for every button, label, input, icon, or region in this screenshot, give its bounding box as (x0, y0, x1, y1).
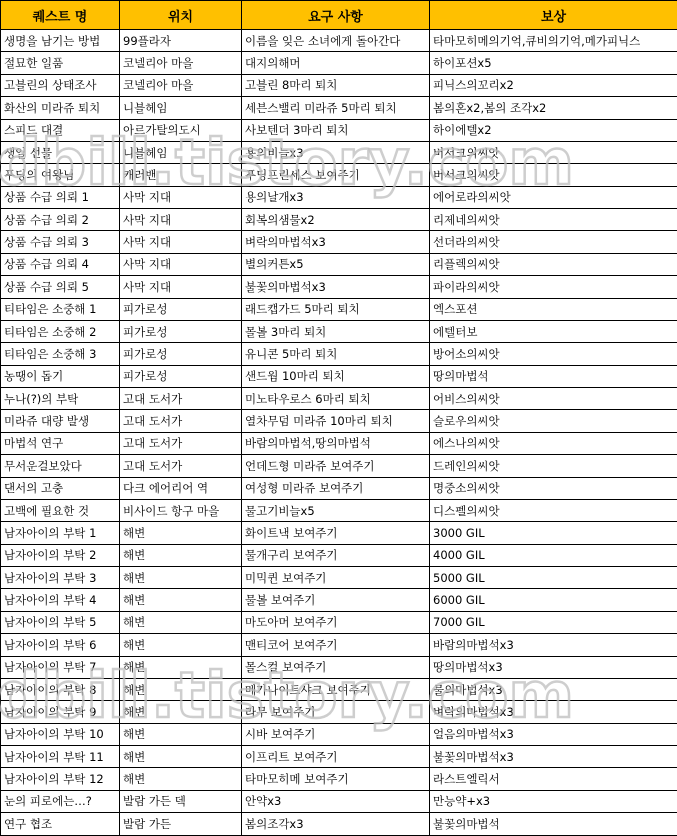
quest-name-cell: 남자아이의 부탁 8 (1, 678, 120, 700)
header-row: 퀘스트 명 위치 요구 사항 보상 (1, 1, 677, 30)
reward-cell: 땅의마법석 (430, 365, 677, 387)
quest-name-cell: 상품 수급 의뢰 5 (1, 276, 120, 298)
reward-cell: 5000 GIL (430, 567, 677, 589)
table-row: 상품 수급 의뢰 5사막 지대불꽃의마법석x3파이라의씨앗 (1, 276, 677, 298)
quest-name-cell: 남자아이의 부탁 9 (1, 701, 120, 723)
quest-name-cell: 스피드 대결 (1, 119, 120, 141)
quest-name-cell: 생명을 남기는 방법 (1, 30, 120, 52)
table-row: 남자아이의 부탁 8해변메가나이트샤크 보여주기물의마법석x3 (1, 678, 677, 700)
reward-cell: 드레인의씨앗 (430, 455, 677, 477)
requirement-cell: 맨티코어 보여주기 (242, 634, 430, 656)
table-row: 티타임은 소중해 1피가로성래드캡가드 5마리 퇴치엑스포션 (1, 298, 677, 320)
quest-name-cell: 상품 수급 의뢰 4 (1, 253, 120, 275)
reward-cell: 7000 GIL (430, 611, 677, 633)
quest-name-cell: 남자아이의 부탁 3 (1, 567, 120, 589)
table-row: 농땡이 돕기피가로성샌드웜 10마리 퇴치땅의마법석 (1, 365, 677, 387)
requirement-cell: 이름을 잊은 소녀에게 돌아간다 (242, 30, 430, 52)
quest-name-cell: 남자아이의 부탁 10 (1, 723, 120, 745)
quest-name-cell: 남자아이의 부탁 5 (1, 611, 120, 633)
quest-name-cell: 연구 협조 (1, 813, 120, 836)
quest-name-cell: 상품 수급 의뢰 2 (1, 209, 120, 231)
reward-cell: 땅의마법석x3 (430, 656, 677, 678)
reward-cell: 3000 GIL (430, 522, 677, 544)
table-row: 티타임은 소중해 2피가로성몰볼 3마리 퇴치에텔터보 (1, 320, 677, 342)
table-row: 절묘한 일품코넬리아 마을대지의해머하이포션x5 (1, 52, 677, 74)
quest-name-cell: 고블린의 상태조사 (1, 74, 120, 96)
location-cell: 해변 (120, 611, 242, 633)
quest-name-cell: 남자아이의 부탁 6 (1, 634, 120, 656)
table-row: 화산의 미라쥬 퇴치니블헤임세븐스밸리 미라쥬 5마리 퇴치봄의혼x2,봄의 조… (1, 97, 677, 119)
quest-name-cell: 고백에 필요한 것 (1, 499, 120, 521)
reward-cell: 불꽃의마법석 (430, 813, 677, 836)
requirement-cell: 회복의샘물x2 (242, 209, 430, 231)
requirement-cell: 래드캡가드 5마리 퇴치 (242, 298, 430, 320)
table-row: 남자아이의 부탁 6해변맨티코어 보여주기바람의마법석x3 (1, 634, 677, 656)
quest-table-body: 생명을 남기는 방법99플라자이름을 잊은 소녀에게 돌아간다타마모히메의기억,… (1, 30, 677, 836)
reward-cell: 슬로우의씨앗 (430, 410, 677, 432)
reward-cell: 선더라의씨앗 (430, 231, 677, 253)
requirement-cell: 열차무덤 미라쥬 10마리 퇴치 (242, 410, 430, 432)
location-cell: 고대 도서가 (120, 388, 242, 410)
reward-cell: 만능약+x3 (430, 790, 677, 812)
location-cell: 비사이드 항구 마을 (120, 499, 242, 521)
quest-name-cell: 남자아이의 부탁 1 (1, 522, 120, 544)
reward-cell: 파이라의씨앗 (430, 276, 677, 298)
reward-cell: 4000 GIL (430, 544, 677, 566)
reward-cell: 물의마법석x3 (430, 678, 677, 700)
table-row: 남자아이의 부탁 7해변몰스컬 보여주기땅의마법석x3 (1, 656, 677, 678)
col-header-location: 위치 (120, 1, 242, 30)
requirement-cell: 미믹퀸 보여주기 (242, 567, 430, 589)
requirement-cell: 유니콘 5마리 퇴치 (242, 343, 430, 365)
quest-name-cell: 남자아이의 부탁 4 (1, 589, 120, 611)
quest-name-cell: 눈의 피로에는…? (1, 790, 120, 812)
location-cell: 고대 도서가 (120, 432, 242, 454)
quest-name-cell: 푸딩의 여왕님 (1, 164, 120, 186)
reward-cell: 피닉스의꼬리x2 (430, 74, 677, 96)
reward-cell: 봄의혼x2,봄의 조각x2 (430, 97, 677, 119)
table-row: 티타임은 소중해 3피가로성유니콘 5마리 퇴치방어소의씨앗 (1, 343, 677, 365)
location-cell: 해변 (120, 656, 242, 678)
quest-name-cell: 남자아이의 부탁 7 (1, 656, 120, 678)
location-cell: 해변 (120, 678, 242, 700)
location-cell: 사막 지대 (120, 253, 242, 275)
quest-name-cell: 댄서의 고충 (1, 477, 120, 499)
location-cell: 발람 가든 덱 (120, 790, 242, 812)
reward-cell: 불꽃의마법석x3 (430, 746, 677, 768)
requirement-cell: 안약x3 (242, 790, 430, 812)
table-row: 생명을 남기는 방법99플라자이름을 잊은 소녀에게 돌아간다타마모히메의기억,… (1, 30, 677, 52)
location-cell: 고대 도서가 (120, 455, 242, 477)
col-header-quest-name: 퀘스트 명 (1, 1, 120, 30)
reward-cell: 에스나의씨앗 (430, 432, 677, 454)
table-row: 눈의 피로에는…?발람 가든 덱안약x3만능약+x3 (1, 790, 677, 812)
quest-name-cell: 남자아이의 부탁 11 (1, 746, 120, 768)
requirement-cell: 이프리트 보여주기 (242, 746, 430, 768)
requirement-cell: 봄의조각x3 (242, 813, 430, 836)
location-cell: 해변 (120, 567, 242, 589)
quest-name-cell: 생일 선물 (1, 141, 120, 163)
reward-cell: 얼음의마법석x3 (430, 723, 677, 745)
requirement-cell: 샌드웜 10마리 퇴치 (242, 365, 430, 387)
reward-cell: 바람의마법석x3 (430, 634, 677, 656)
location-cell: 발람 가든 (120, 813, 242, 836)
reward-cell: 엑스포션 (430, 298, 677, 320)
reward-cell: 하이에텔x2 (430, 119, 677, 141)
location-cell: 피가로성 (120, 365, 242, 387)
requirement-cell: 몰볼 3마리 퇴치 (242, 320, 430, 342)
location-cell: 해변 (120, 768, 242, 790)
table-row: 남자아이의 부탁 10해변시바 보여주기얼음의마법석x3 (1, 723, 677, 745)
quest-table: 퀘스트 명 위치 요구 사항 보상 생명을 남기는 방법99플라자이름을 잊은 … (0, 0, 677, 836)
reward-cell: 6000 GIL (430, 589, 677, 611)
requirement-cell: 용의날개x3 (242, 186, 430, 208)
reward-cell: 라스트엘릭서 (430, 768, 677, 790)
requirement-cell: 물고기비늘x5 (242, 499, 430, 521)
quest-name-cell: 티타임은 소중해 3 (1, 343, 120, 365)
table-row: 남자아이의 부탁 11해변이프리트 보여주기불꽃의마법석x3 (1, 746, 677, 768)
requirement-cell: 바람의마법석,땅의마법석 (242, 432, 430, 454)
table-row: 남자아이의 부탁 3해변미믹퀸 보여주기5000 GIL (1, 567, 677, 589)
quest-name-cell: 남자아이의 부탁 12 (1, 768, 120, 790)
table-row: 마법석 연구고대 도서가바람의마법석,땅의마법석에스나의씨앗 (1, 432, 677, 454)
col-header-reward: 보상 (430, 1, 677, 30)
table-row: 상품 수급 의뢰 1사막 지대용의날개x3에어로라의씨앗 (1, 186, 677, 208)
requirement-cell: 마도아머 보여주기 (242, 611, 430, 633)
quest-name-cell: 마법석 연구 (1, 432, 120, 454)
location-cell: 해변 (120, 746, 242, 768)
requirement-cell: 여성형 미라쥬 보여주기 (242, 477, 430, 499)
requirement-cell: 메가나이트샤크 보여주기 (242, 678, 430, 700)
requirement-cell: 몰스컬 보여주기 (242, 656, 430, 678)
quest-name-cell: 미라쥬 대량 발생 (1, 410, 120, 432)
location-cell: 니블헤임 (120, 141, 242, 163)
table-row: 생일 선물니블헤임용의비늘x3버서크의씨앗 (1, 141, 677, 163)
table-row: 연구 협조발람 가든봄의조각x3불꽃의마법석 (1, 813, 677, 836)
reward-cell: 버서크의씨앗 (430, 164, 677, 186)
reward-cell: 에어로라의씨앗 (430, 186, 677, 208)
location-cell: 피가로성 (120, 298, 242, 320)
requirement-cell: 사보텐더 3마리 퇴치 (242, 119, 430, 141)
table-row: 남자아이의 부탁 1해변화이트낵 보여주기3000 GIL (1, 522, 677, 544)
table-row: 미라쥬 대량 발생고대 도서가열차무덤 미라쥬 10마리 퇴치슬로우의씨앗 (1, 410, 677, 432)
requirement-cell: 용의비늘x3 (242, 141, 430, 163)
requirement-cell: 라무 보여주기 (242, 701, 430, 723)
location-cell: 해변 (120, 522, 242, 544)
reward-cell: 리제네의씨앗 (430, 209, 677, 231)
location-cell: 해변 (120, 589, 242, 611)
location-cell: 사막 지대 (120, 186, 242, 208)
table-row: 남자아이의 부탁 2해변물개구리 보여주기4000 GIL (1, 544, 677, 566)
quest-table-header: 퀘스트 명 위치 요구 사항 보상 (1, 1, 677, 30)
reward-cell: 타마모히메의기억,큐비의기억,메가피닉스 (430, 30, 677, 52)
requirement-cell: 별의커튼x5 (242, 253, 430, 275)
requirement-cell: 미노타우로스 6마리 퇴치 (242, 388, 430, 410)
location-cell: 코넬리아 마을 (120, 52, 242, 74)
requirement-cell: 물개구리 보여주기 (242, 544, 430, 566)
quest-name-cell: 티타임은 소중해 1 (1, 298, 120, 320)
table-row: 고블린의 상태조사코넬리아 마을고블린 8마리 퇴치피닉스의꼬리x2 (1, 74, 677, 96)
table-row: 고백에 필요한 것비사이드 항구 마을물고기비늘x5디스펠의씨앗 (1, 499, 677, 521)
requirement-cell: 타마모히메 보여주기 (242, 768, 430, 790)
location-cell: 피가로성 (120, 343, 242, 365)
quest-name-cell: 남자아이의 부탁 2 (1, 544, 120, 566)
requirement-cell: 푸딩프린세스 보여주기 (242, 164, 430, 186)
quest-name-cell: 무서운걸보았다 (1, 455, 120, 477)
location-cell: 해변 (120, 544, 242, 566)
quest-name-cell: 상품 수급 의뢰 3 (1, 231, 120, 253)
location-cell: 사막 지대 (120, 209, 242, 231)
location-cell: 다크 에어리어 역 (120, 477, 242, 499)
requirement-cell: 물볼 보여주기 (242, 589, 430, 611)
table-row: 스피드 대결아르가탈의도시사보텐더 3마리 퇴치하이에텔x2 (1, 119, 677, 141)
requirement-cell: 시바 보여주기 (242, 723, 430, 745)
location-cell: 해변 (120, 634, 242, 656)
quest-name-cell: 누나(?)의 부탁 (1, 388, 120, 410)
table-row: 누나(?)의 부탁고대 도서가미노타우로스 6마리 퇴치어비스의씨앗 (1, 388, 677, 410)
reward-cell: 명중소의씨앗 (430, 477, 677, 499)
quest-name-cell: 티타임은 소중해 2 (1, 320, 120, 342)
requirement-cell: 벼락의마법석x3 (242, 231, 430, 253)
requirement-cell: 고블린 8마리 퇴치 (242, 74, 430, 96)
location-cell: 사막 지대 (120, 231, 242, 253)
requirement-cell: 언데드형 미라쥬 보여주기 (242, 455, 430, 477)
location-cell: 고대 도서가 (120, 410, 242, 432)
requirement-cell: 대지의해머 (242, 52, 430, 74)
quest-name-cell: 상품 수급 의뢰 1 (1, 186, 120, 208)
requirement-cell: 화이트낵 보여주기 (242, 522, 430, 544)
requirement-cell: 세븐스밸리 미라쥬 5마리 퇴치 (242, 97, 430, 119)
table-row: 푸딩의 여왕님캐러밴푸딩프린세스 보여주기버서크의씨앗 (1, 164, 677, 186)
table-row: 남자아이의 부탁 5해변마도아머 보여주기7000 GIL (1, 611, 677, 633)
quest-name-cell: 화산의 미라쥬 퇴치 (1, 97, 120, 119)
reward-cell: 하이포션x5 (430, 52, 677, 74)
reward-cell: 리플렉의씨앗 (430, 253, 677, 275)
table-row: 남자아이의 부탁 9해변라무 보여주기벼락의마법석x3 (1, 701, 677, 723)
location-cell: 아르가탈의도시 (120, 119, 242, 141)
reward-cell: 어비스의씨앗 (430, 388, 677, 410)
location-cell: 니블헤임 (120, 97, 242, 119)
location-cell: 해변 (120, 701, 242, 723)
quest-guide-page: 퀘스트 명 위치 요구 사항 보상 생명을 남기는 방법99플라자이름을 잊은 … (0, 0, 677, 836)
location-cell: 사막 지대 (120, 276, 242, 298)
table-row: 상품 수급 의뢰 3사막 지대벼락의마법석x3선더라의씨앗 (1, 231, 677, 253)
location-cell: 피가로성 (120, 320, 242, 342)
reward-cell: 방어소의씨앗 (430, 343, 677, 365)
requirement-cell: 불꽃의마법석x3 (242, 276, 430, 298)
location-cell: 코넬리아 마을 (120, 74, 242, 96)
quest-name-cell: 절묘한 일품 (1, 52, 120, 74)
table-row: 댄서의 고충다크 에어리어 역여성형 미라쥬 보여주기명중소의씨앗 (1, 477, 677, 499)
reward-cell: 에텔터보 (430, 320, 677, 342)
quest-name-cell: 농땡이 돕기 (1, 365, 120, 387)
table-row: 상품 수급 의뢰 2사막 지대회복의샘물x2리제네의씨앗 (1, 209, 677, 231)
table-row: 무서운걸보았다고대 도서가언데드형 미라쥬 보여주기드레인의씨앗 (1, 455, 677, 477)
table-row: 남자아이의 부탁 12해변타마모히메 보여주기라스트엘릭서 (1, 768, 677, 790)
location-cell: 캐러밴 (120, 164, 242, 186)
location-cell: 해변 (120, 723, 242, 745)
reward-cell: 버서크의씨앗 (430, 141, 677, 163)
reward-cell: 벼락의마법석x3 (430, 701, 677, 723)
location-cell: 99플라자 (120, 30, 242, 52)
reward-cell: 디스펠의씨앗 (430, 499, 677, 521)
col-header-requirement: 요구 사항 (242, 1, 430, 30)
table-row: 상품 수급 의뢰 4사막 지대별의커튼x5리플렉의씨앗 (1, 253, 677, 275)
table-row: 남자아이의 부탁 4해변물볼 보여주기6000 GIL (1, 589, 677, 611)
